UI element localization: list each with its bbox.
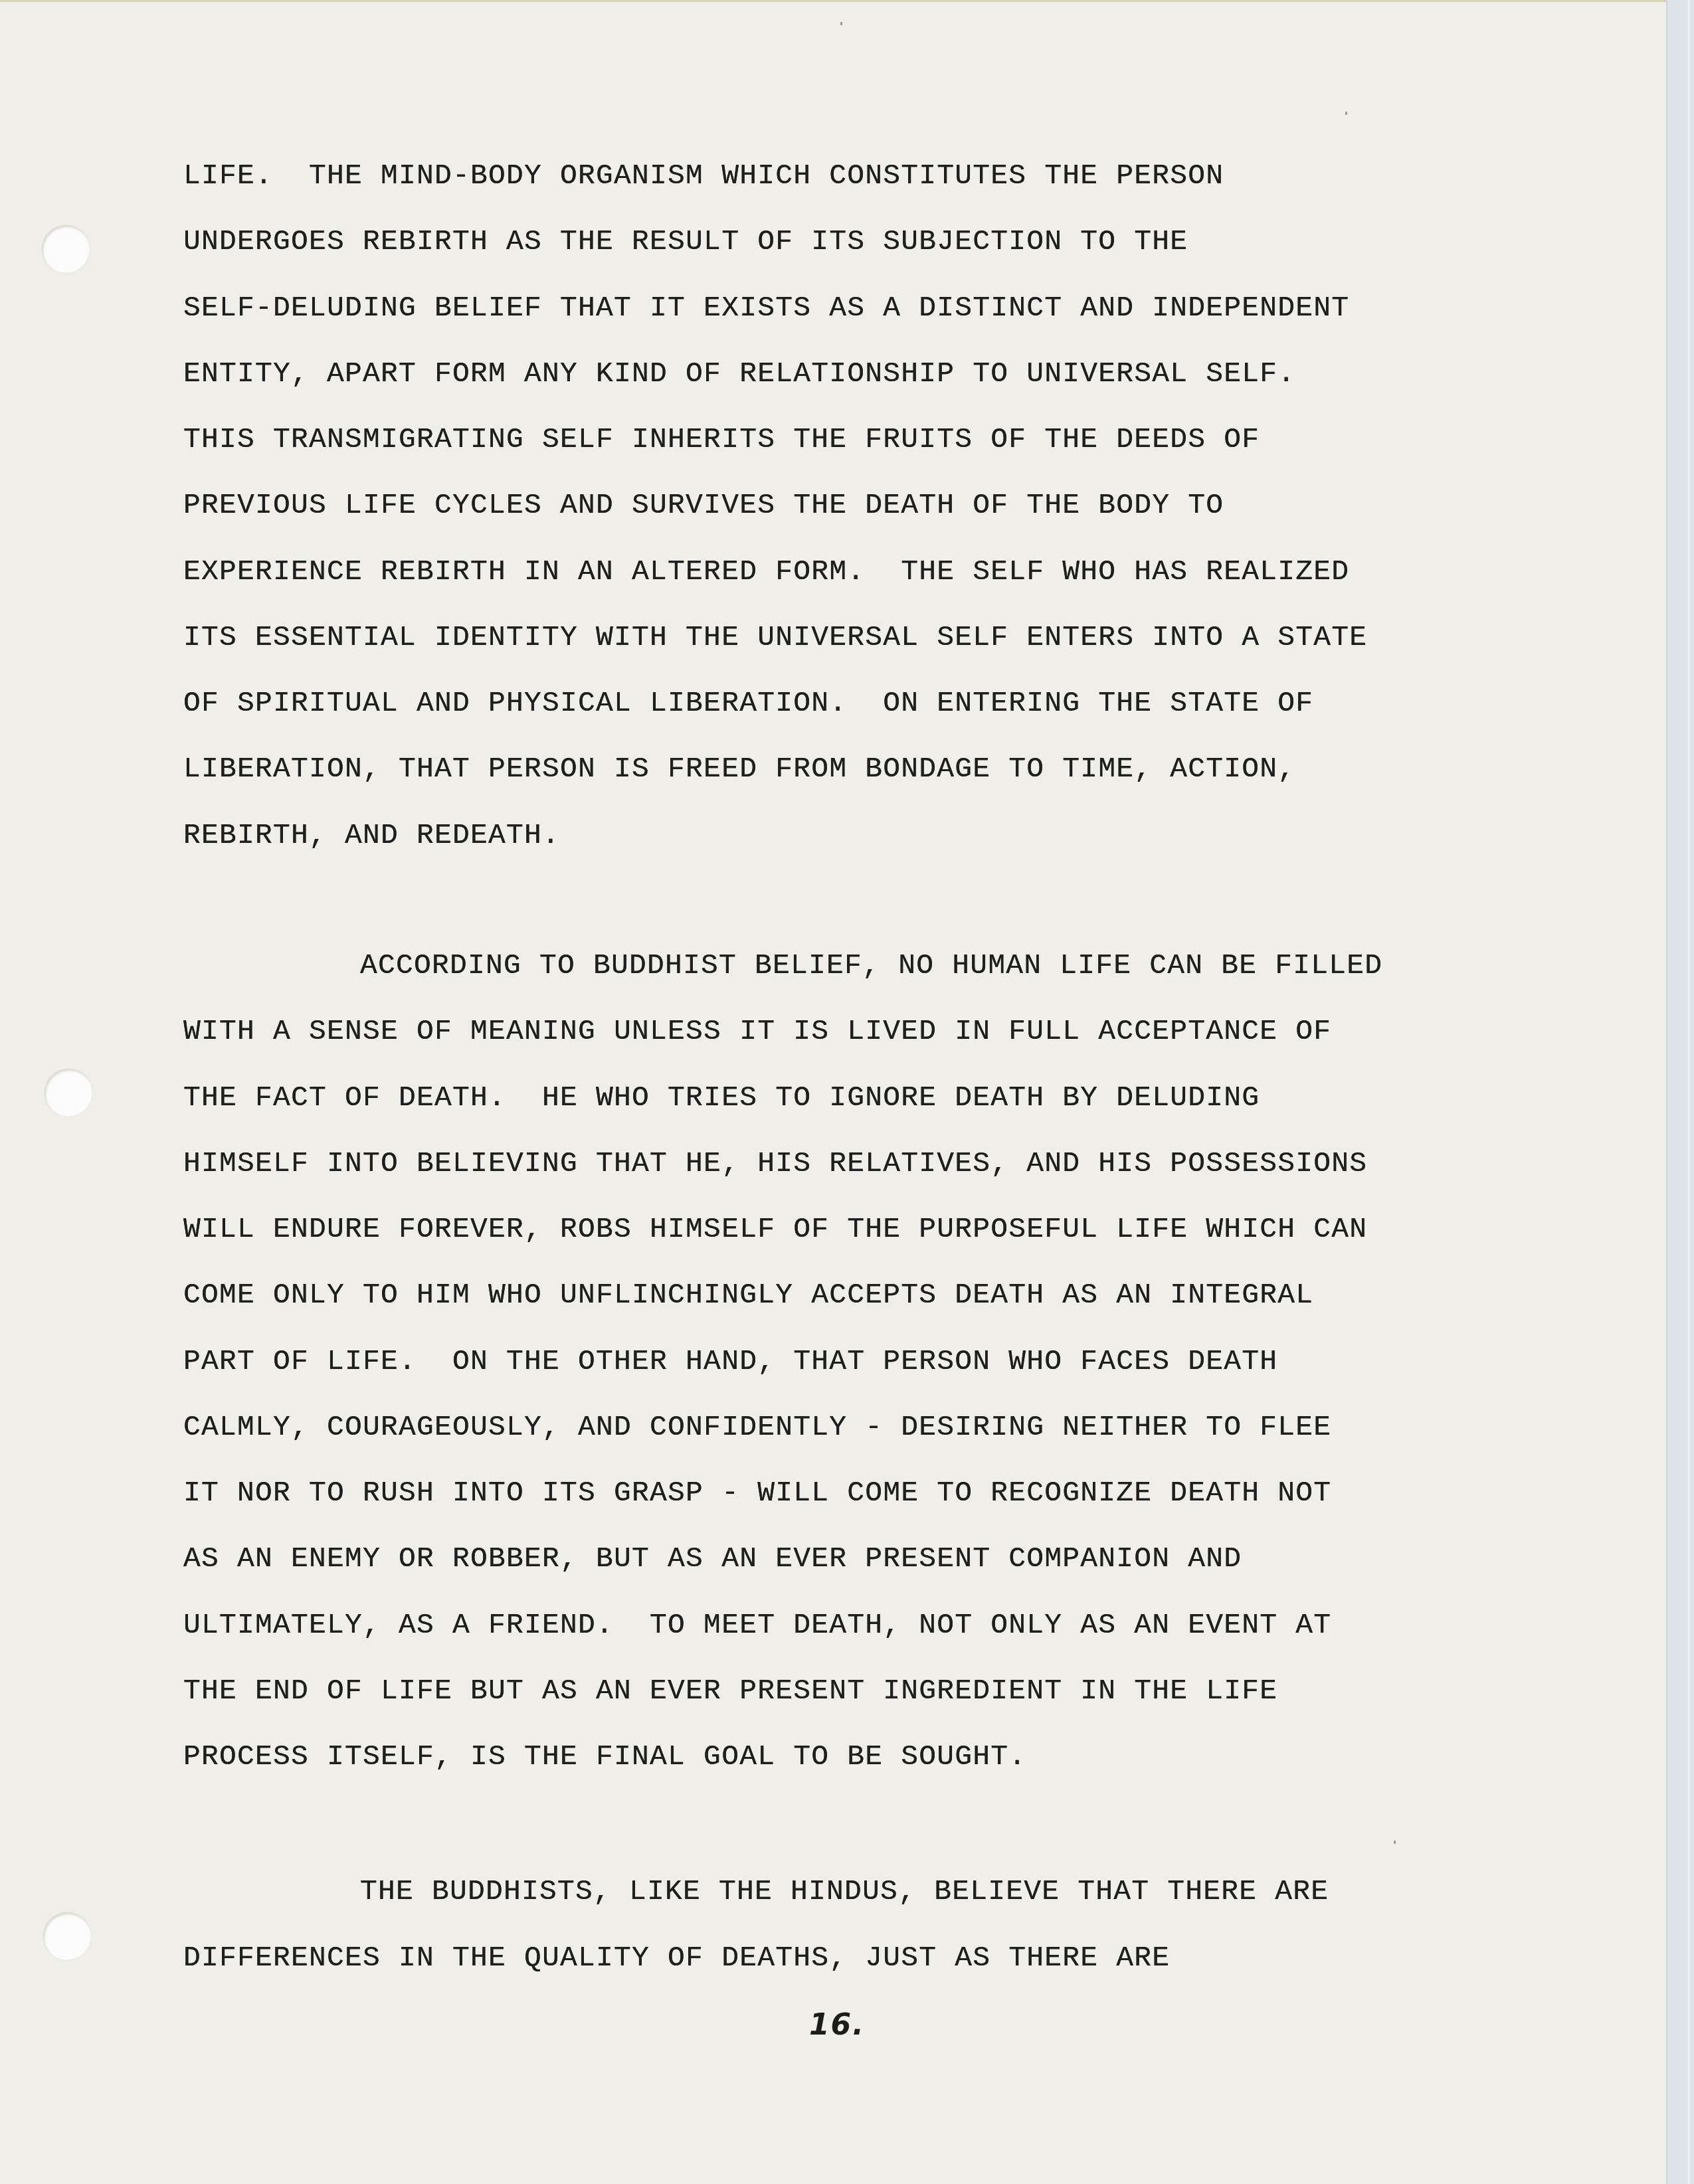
- text-line: AS AN ENEMY OR ROBBER, BUT AS AN EVER PR…: [183, 1544, 1242, 1573]
- text-line: DIFFERENCES IN THE QUALITY OF DEATHS, JU…: [183, 1944, 1170, 1972]
- text-line: PREVIOUS LIFE CYCLES AND SURVIVES THE DE…: [183, 491, 1224, 519]
- text-line: HIMSELF INTO BELIEVING THAT HE, HIS RELA…: [183, 1149, 1367, 1178]
- text-line: IT NOR TO RUSH INTO ITS GRASP - WILL COM…: [183, 1479, 1331, 1507]
- text-line: THIS TRANSMIGRATING SELF INHERITS THE FR…: [183, 425, 1260, 454]
- paper-speck: [1345, 112, 1347, 115]
- text-line: WILL ENDURE FOREVER, ROBS HIMSELF OF THE…: [183, 1215, 1367, 1243]
- document-page: LIFE. THE MIND-BODY ORGANISM WHICH CONST…: [0, 0, 1666, 2184]
- binder-hole-middle: [45, 1069, 92, 1117]
- paper-speck: [1394, 1841, 1396, 1844]
- backing-sheet-edge: [1666, 0, 1694, 2184]
- text-line: REBIRTH, AND REDEATH.: [183, 821, 560, 850]
- text-line: THE END OF LIFE BUT AS AN EVER PRESENT I…: [183, 1677, 1277, 1705]
- text-line: UNDERGOES REBIRTH AS THE RESULT OF ITS S…: [183, 227, 1188, 256]
- text-line-indented: ACCORDING TO BUDDHIST BELIEF, NO HUMAN L…: [360, 951, 1382, 980]
- binder-hole-top: [42, 225, 90, 273]
- text-line: COME ONLY TO HIM WHO UNFLINCHINGLY ACCEP…: [183, 1281, 1313, 1309]
- text-line: LIFE. THE MIND-BODY ORGANISM WHICH CONST…: [183, 161, 1224, 190]
- text-line: PART OF LIFE. ON THE OTHER HAND, THAT PE…: [183, 1347, 1277, 1376]
- text-line: WITH A SENSE OF MEANING UNLESS IT IS LIV…: [183, 1017, 1331, 1046]
- text-line: LIBERATION, THAT PERSON IS FREED FROM BO…: [183, 755, 1295, 783]
- text-line: PROCESS ITSELF, IS THE FINAL GOAL TO BE …: [183, 1742, 1026, 1771]
- text-line: ITS ESSENTIAL IDENTITY WITH THE UNIVERSA…: [183, 623, 1367, 652]
- text-line: ULTIMATELY, AS A FRIEND. TO MEET DEATH, …: [183, 1611, 1331, 1639]
- text-line: SELF-DELUDING BELIEF THAT IT EXISTS AS A…: [183, 294, 1349, 322]
- text-line: ENTITY, APART FORM ANY KIND OF RELATIONS…: [183, 359, 1295, 388]
- text-line: OF SPIRITUAL AND PHYSICAL LIBERATION. ON…: [183, 689, 1313, 717]
- paper-speck: [840, 22, 842, 25]
- text-line: EXPERIENCE REBIRTH IN AN ALTERED FORM. T…: [183, 557, 1349, 586]
- text-line: CALMLY, COURAGEOUSLY, AND CONFIDENTLY - …: [183, 1413, 1331, 1441]
- text-line-indented: THE BUDDHISTS, LIKE THE HINDUS, BELIEVE …: [360, 1877, 1329, 1906]
- text-line: THE FACT OF DEATH. HE WHO TRIES TO IGNOR…: [183, 1083, 1260, 1112]
- binder-hole-bottom: [43, 1912, 91, 1960]
- page-number: 16.: [809, 2008, 865, 2042]
